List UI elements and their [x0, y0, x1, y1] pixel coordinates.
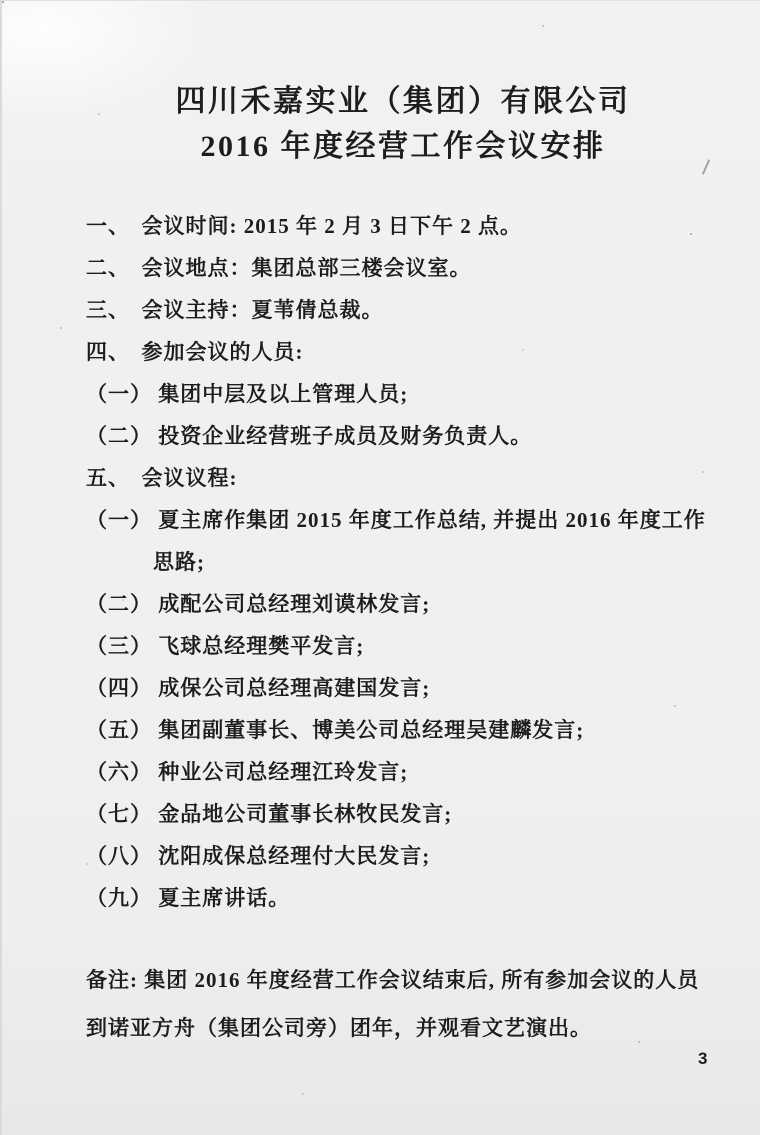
- document-body: 一、 会议时间: 2015 年 2 月 3 日下午 2 点。 二、 会议地点：集…: [2, 205, 760, 919]
- document-line-attendees-1: （一） 集团中层及以上管理人员;: [86, 373, 720, 415]
- document-line-meeting-place: 二、 会议地点：集团总部三楼会议室。: [86, 247, 720, 289]
- document-line-attendees-2: （二） 投资企业经营班子成员及财务负责人。: [86, 415, 720, 457]
- document-line-agenda-3: （三） 飞球总经理樊平发言;: [86, 625, 720, 667]
- page-number: 3: [698, 1049, 707, 1069]
- document-line-agenda-5: （五） 集团副董事长、博美公司总经理吴建麟发言;: [86, 709, 720, 751]
- document-line-agenda-7: （七） 金品地公司董事长林牧民发言;: [86, 793, 720, 835]
- document-title: 四川禾嘉实业（集团）有限公司 2016 年度经营工作会议安排: [24, 1, 760, 169]
- document-title-line-1: 四川禾嘉实业（集团）有限公司: [24, 79, 760, 124]
- note-line-1: 备注: 集团 2016 年度经营工作会议结束后, 所有参加会议的人员: [86, 956, 720, 1004]
- document-line-attendees-heading: 四、 参加会议的人员:: [86, 331, 720, 373]
- note-line-2: 到诺亚方舟（集团公司旁）团年，并观看文艺演出。: [86, 1004, 720, 1052]
- scanned-document-page: 四川禾嘉实业（集团）有限公司 2016 年度经营工作会议安排 一、 会议时间: …: [0, 0, 760, 1135]
- document-line-agenda-1-continued: 思路;: [86, 541, 720, 583]
- document-line-agenda-8: （八） 沈阳成保总经理付大民发言;: [86, 835, 720, 877]
- document-line-agenda-heading: 五、 会议议程:: [86, 457, 720, 499]
- document-line-agenda-4: （四） 成保公司总经理高建国发言;: [86, 667, 720, 709]
- document-title-line-2: 2016 年度经营工作会议安排: [24, 124, 760, 169]
- document-line-meeting-time: 一、 会议时间: 2015 年 2 月 3 日下午 2 点。: [86, 205, 720, 247]
- document-line-agenda-1: （一） 夏主席作集团 2015 年度工作总结, 并提出 2016 年度工作: [86, 499, 720, 541]
- document-line-agenda-9: （九） 夏主席讲话。: [86, 877, 720, 919]
- document-note: 备注: 集团 2016 年度经营工作会议结束后, 所有参加会议的人员 到诺亚方舟…: [2, 956, 760, 1052]
- document-line-agenda-2: （二） 成配公司总经理刘谟林发言;: [86, 583, 720, 625]
- scan-noise-speckles: [2, 1, 4, 3]
- document-line-meeting-host: 三、 会议主持：夏苇倩总裁。: [86, 289, 720, 331]
- document-line-agenda-6: （六） 种业公司总经理江玲发言;: [86, 751, 720, 793]
